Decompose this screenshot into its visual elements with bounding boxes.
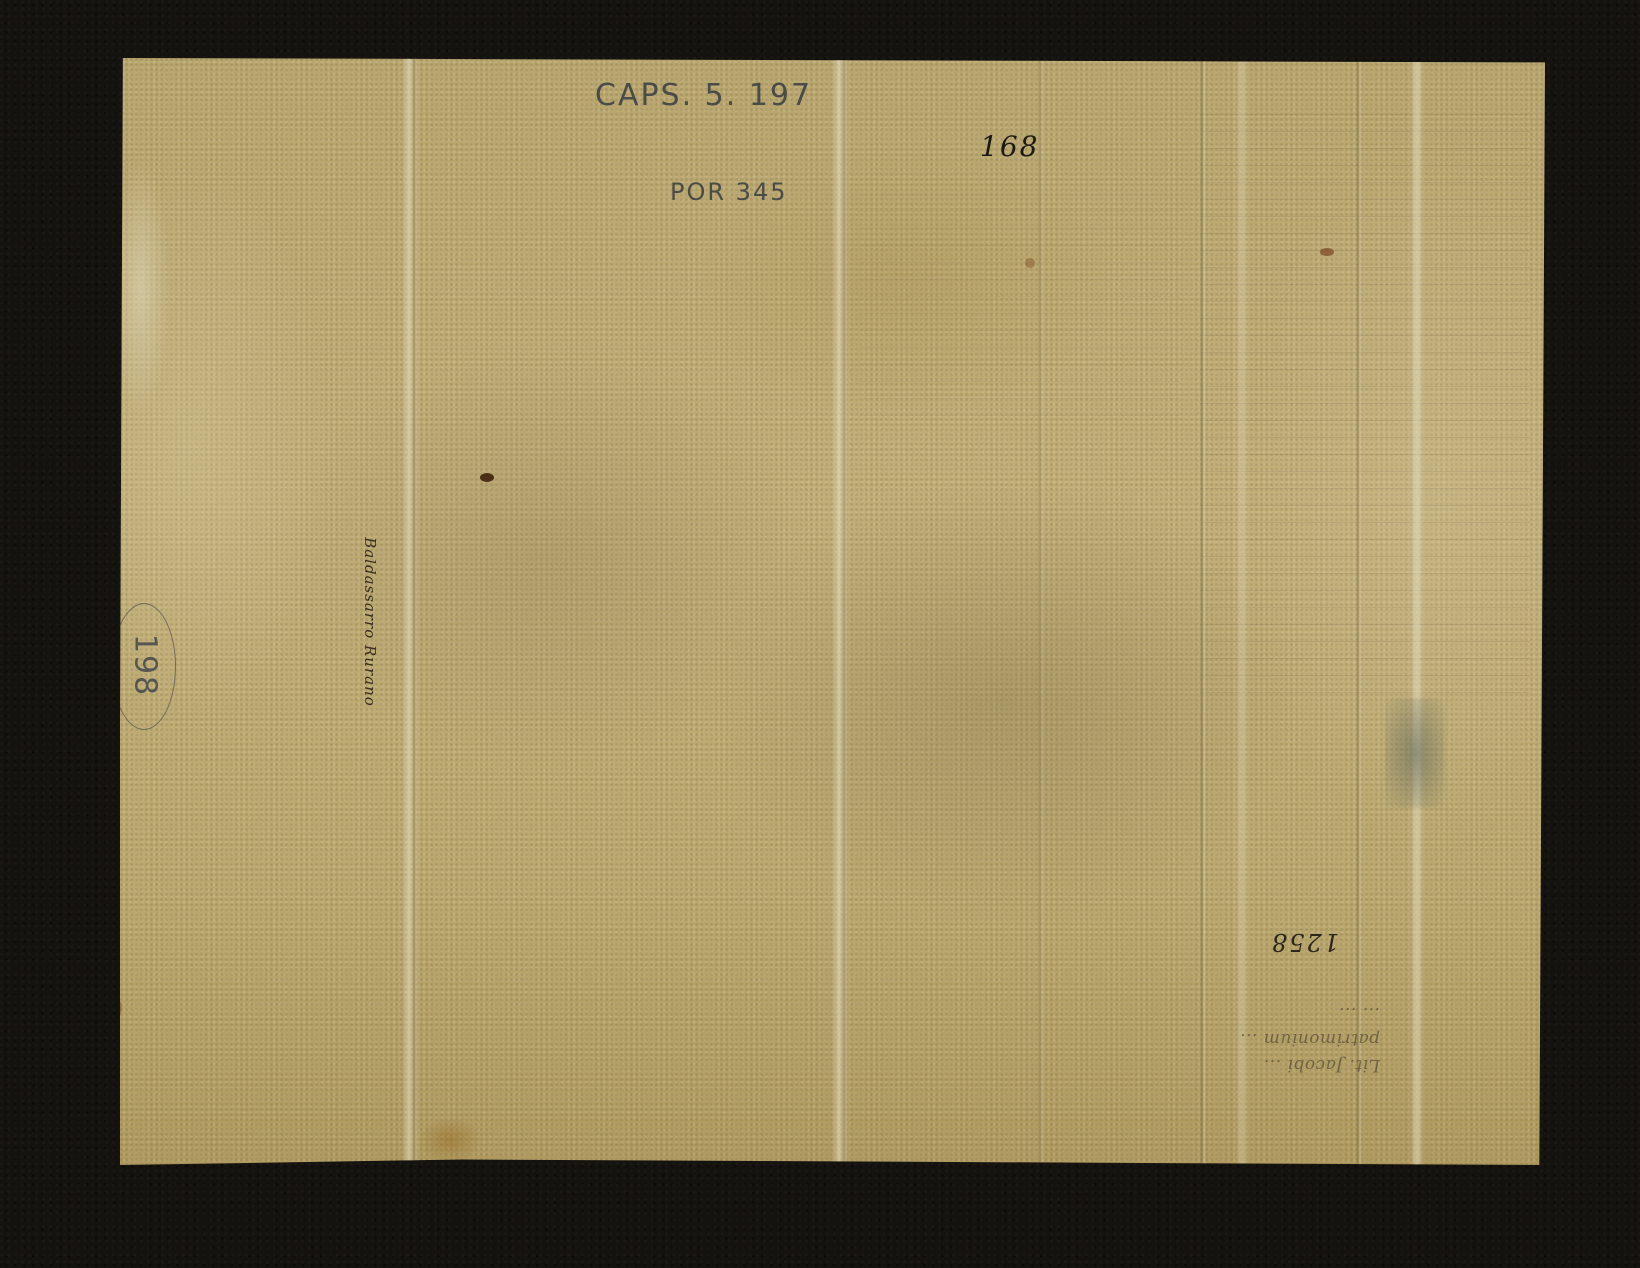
gray-smudge <box>1385 698 1445 808</box>
show-through-ruling <box>1200 98 1530 698</box>
shelfmark-annotation: CAPS. 5. 197 <box>595 78 812 113</box>
faint-endorsement-line: Lit. Jacobi ... <box>1140 1055 1380 1075</box>
folio-number-annotation: 168 <box>980 130 1039 163</box>
faint-endorsement-line: patrimonium ... <box>1140 1029 1380 1049</box>
vertical-endorsement: Baldassarro Rurano <box>361 502 379 742</box>
fold-line <box>1356 58 1362 1165</box>
circled-number-annotation: 198 <box>128 611 163 721</box>
por-number-annotation: POR 345 <box>670 178 787 206</box>
parchment-sheet: CAPS. 5. 197 POR 345 168 198 Baldassarro… <box>120 58 1545 1165</box>
brown-spot <box>1320 248 1334 256</box>
date-annotation: 1258 <box>1270 928 1339 956</box>
faint-endorsement-block: Lit. Jacobi ... patrimonium ... ... ... <box>1140 1003 1380 1075</box>
fold-line <box>412 58 418 1165</box>
ink-spot <box>480 473 494 482</box>
fold-line <box>1410 58 1424 1165</box>
water-stain <box>420 1118 480 1162</box>
faint-endorsement-line: ... ... <box>1140 1003 1380 1023</box>
fold-line <box>832 58 846 1165</box>
fold-line <box>1038 58 1044 1165</box>
fold-line <box>1200 58 1206 1165</box>
fold-line <box>1235 58 1249 1165</box>
show-through-ruling <box>860 178 1180 418</box>
brown-spot <box>1025 258 1035 268</box>
